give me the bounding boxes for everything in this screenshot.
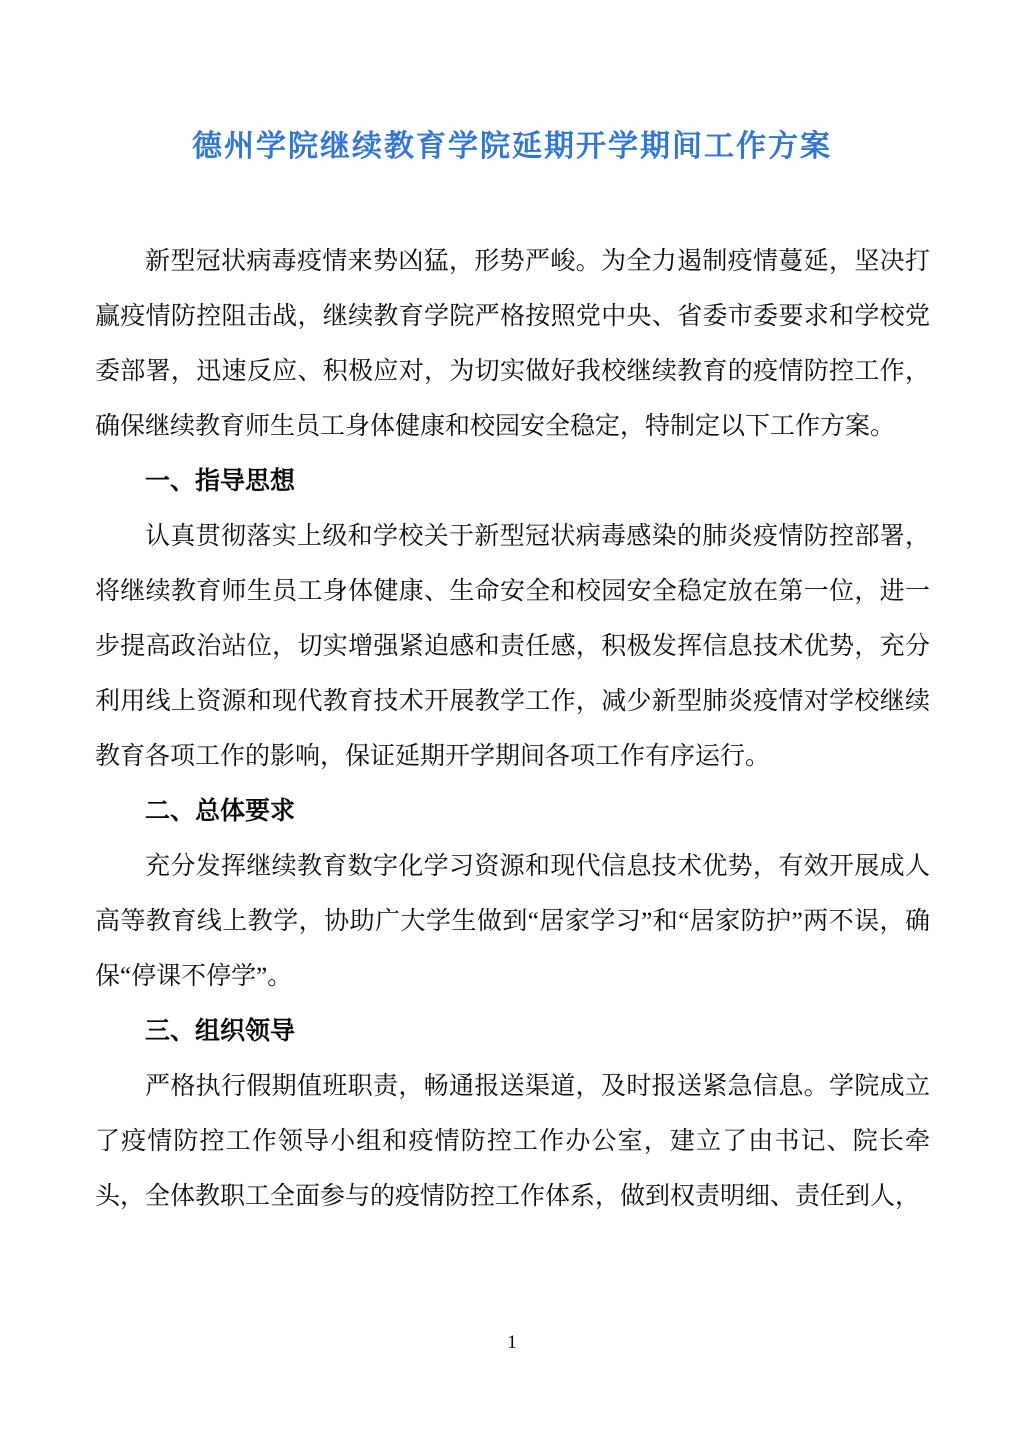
paragraph-intro: 新型冠状病毒疫情来势凶猛，形势严峻。为全力遏制疫情蔓延，坚决打赢疫情防控阻击战，… xyxy=(95,234,930,454)
section-heading-3: 三、组织领导 xyxy=(95,1004,930,1059)
paragraph-organization-leadership: 严格执行假期值班职责，畅通报送渠道，及时报送紧急信息。学院成立了疫情防控工作领导… xyxy=(95,1059,930,1224)
document-body: 新型冠状病毒疫情来势凶猛，形势严峻。为全力遏制疫情蔓延，坚决打赢疫情防控阻击战，… xyxy=(95,234,930,1224)
paragraph-guiding-ideology: 认真贯彻落实上级和学校关于新型冠状病毒感染的肺炎疫情防控部署，将继续教育师生员工… xyxy=(95,509,930,784)
page-number: 1 xyxy=(0,1328,1024,1358)
section-heading-2: 二、总体要求 xyxy=(95,784,930,839)
paragraph-overall-requirements: 充分发挥继续教育数字化学习资源和现代信息技术优势，有效开展成人高等教育线上教学，… xyxy=(95,839,930,1004)
section-heading-1: 一、指导思想 xyxy=(95,454,930,509)
document-title: 德州学院继续教育学院延期开学期间工作方案 xyxy=(0,0,1024,168)
document-page: 德州学院继续教育学院延期开学期间工作方案 新型冠状病毒疫情来势凶猛，形势严峻。为… xyxy=(0,0,1024,1449)
